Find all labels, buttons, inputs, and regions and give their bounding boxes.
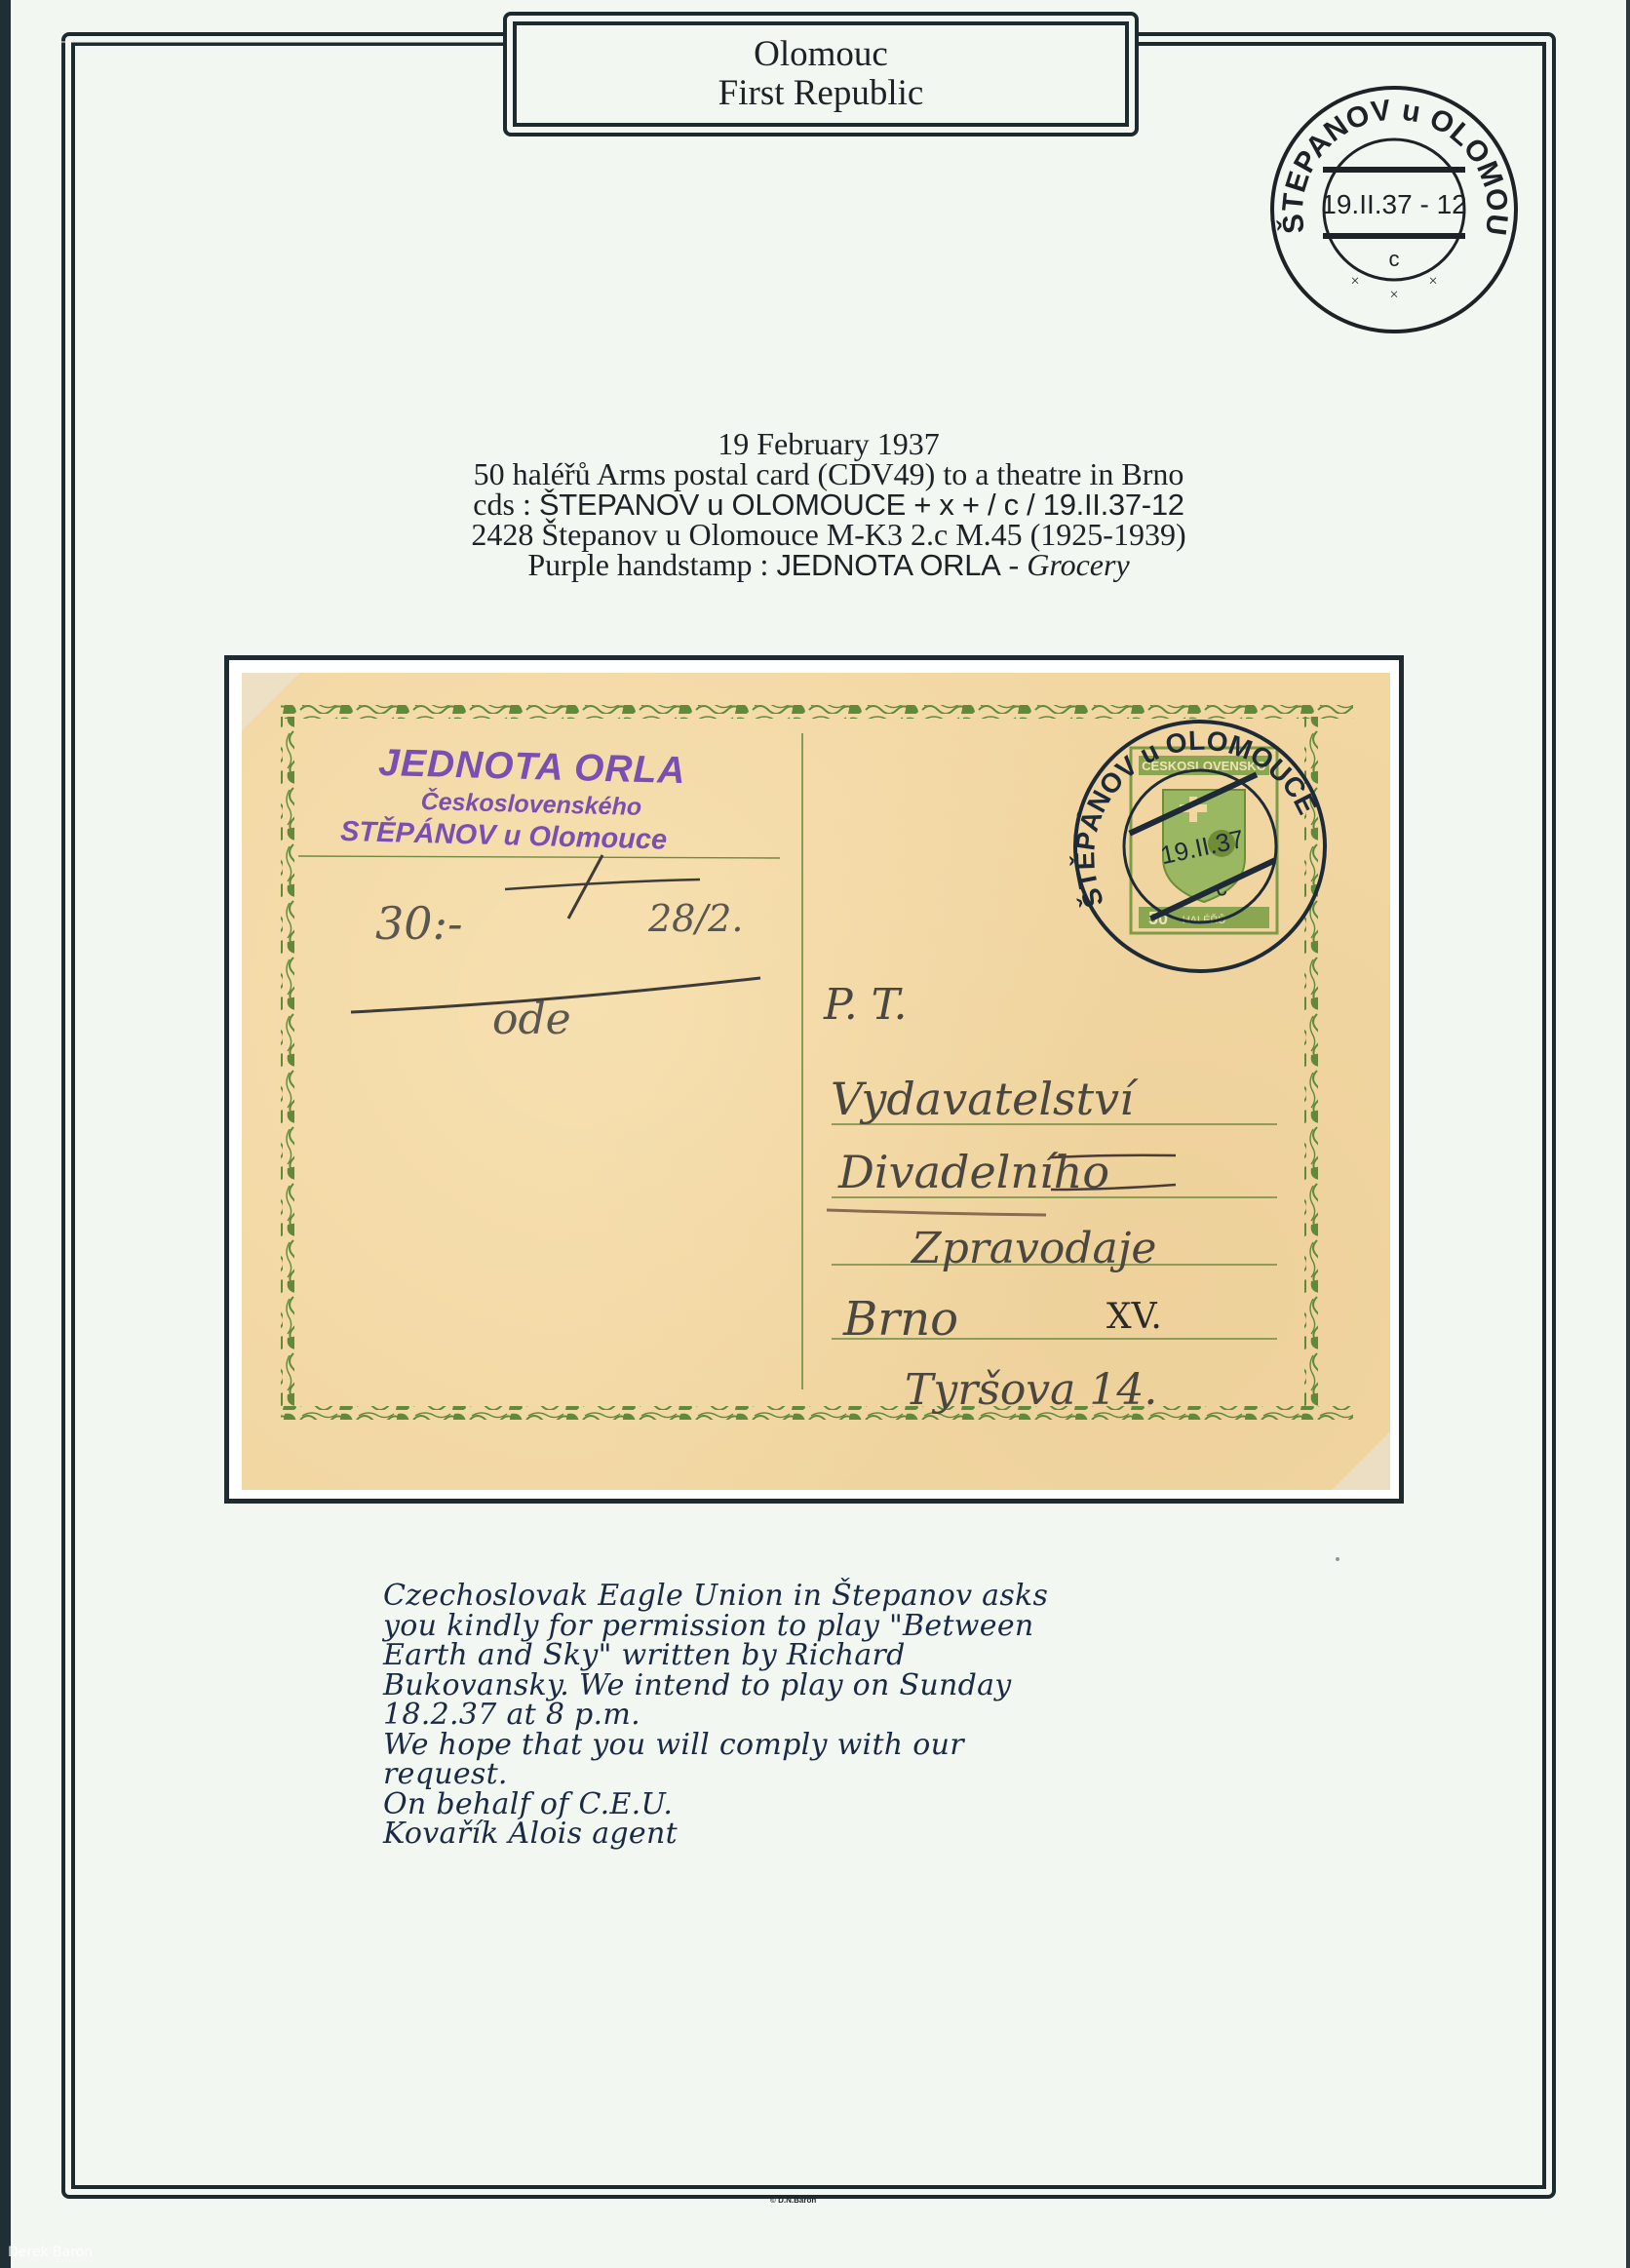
translation-text: Czechoslovak Eagle Union in Štepanov ask… — [383, 1582, 1241, 1850]
jednota-orla-handstamp: JEDNOTA ORLA Československého STĚPÁNOV u… — [321, 740, 743, 858]
address-line-4: Zpravodaje — [912, 1224, 1156, 1273]
translation-line: 18.2.37 at 8 p.m. — [383, 1701, 1241, 1731]
translation-line: Kovařík Alois agent — [383, 1819, 1241, 1850]
title-box: Olomouc First Republic — [513, 21, 1129, 127]
desc-handstamp: Purple handstamp : JEDNOTA ORLA - Grocer… — [292, 550, 1365, 580]
address-district: XV. — [1106, 1297, 1162, 1337]
translation-line: Czechoslovak Eagle Union in Štepanov ask… — [383, 1582, 1241, 1612]
scan-speck — [1336, 1557, 1339, 1561]
pencil-signature: ode — [492, 995, 571, 1044]
translation-line: request. — [383, 1760, 1241, 1790]
translation-line: Earth and Sky" written by Richard — [383, 1641, 1241, 1671]
desc-cancel: cds : ŠTEPANOV u OLOMOUCE + x + / c / 19… — [292, 489, 1365, 520]
translation-line: Bukovansky. We intend to play on Sunday — [383, 1671, 1241, 1701]
scan-edge-left — [0, 0, 11, 2268]
pencil-date: 28/2. — [648, 897, 743, 940]
desc-card: 50 haléřů Arms postal card (CDV49) to a … — [292, 459, 1365, 489]
item-description: 19 February 1937 50 haléřů Arms postal c… — [292, 429, 1365, 580]
postmark-date: 19.II.37 - 12 — [1321, 189, 1466, 219]
desc-handstamp-note: - Grocery — [1001, 547, 1130, 582]
postmark-cross-center: × — [1389, 287, 1398, 303]
translation-line: We hope that you will comply with our — [383, 1731, 1241, 1761]
page-subtitle: First Republic — [718, 74, 924, 113]
postmark-illustration: ŠTEPANOV u OLOMOUCE 19.II.37 - 12 c × × … — [1267, 83, 1521, 336]
desc-date: 19 February 1937 — [292, 429, 1365, 459]
copyright-notice: © D.N.Baron — [770, 2196, 816, 2205]
address-city: Brno — [843, 1292, 958, 1347]
desc-handstamp-text: JEDNOTA ORLA — [776, 548, 1000, 582]
page-title: Olomouc — [754, 35, 888, 74]
card-border-top — [281, 705, 1353, 719]
translation-line: On behalf of C.E.U. — [383, 1790, 1241, 1820]
scan-edge-right — [1626, 0, 1630, 2268]
address-line-2: Vydavatelství — [831, 1073, 1134, 1125]
address-street: Tyršova 14. — [905, 1365, 1157, 1415]
card-border-right — [1304, 717, 1318, 1409]
watermark: Derek Baron — [8, 2245, 93, 2260]
desc-catalogue: 2428 Štepanov u Olomouce M-K3 2.c M.45 (… — [292, 520, 1365, 550]
card-border-left — [281, 717, 294, 1409]
address-line-3: Divadelního — [838, 1146, 1109, 1198]
translation-line: you kindly for permission to play "Betwe… — [383, 1612, 1241, 1642]
pencil-amount: 30:- — [375, 897, 463, 950]
address-line-1: P. T. — [824, 980, 908, 1030]
postmark-cross-left: × — [1350, 273, 1359, 290]
postmark-letter: c — [1389, 247, 1400, 271]
card-border-bottom — [281, 1406, 1353, 1420]
postmark-cross-right: × — [1428, 273, 1437, 290]
